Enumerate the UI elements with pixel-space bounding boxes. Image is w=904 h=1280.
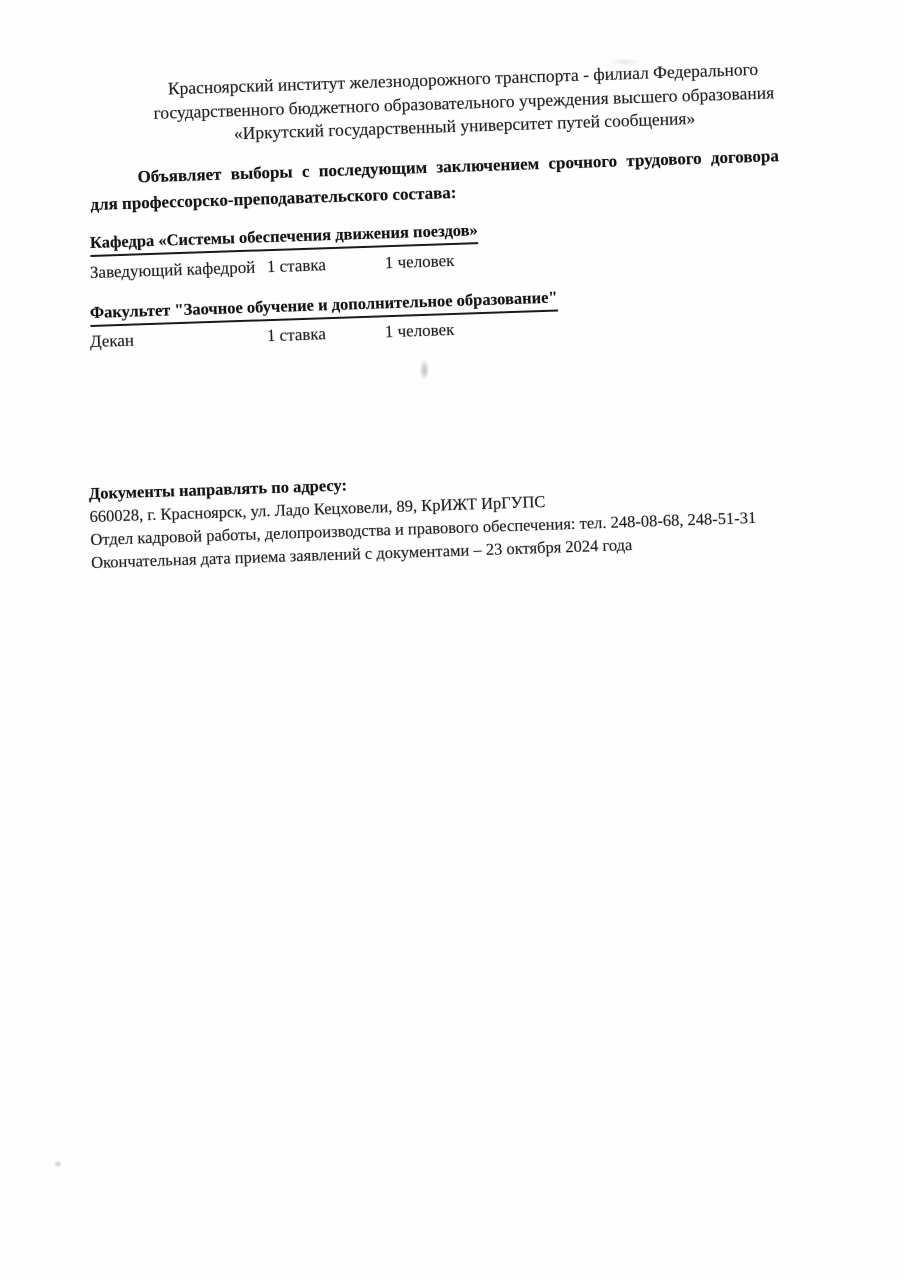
scan-speck-artifact <box>54 1160 62 1168</box>
vacancy-rate: 1 ставка <box>267 320 386 348</box>
vacancy-rate: 1 ставка <box>267 251 386 279</box>
contact-block: Документы направлять по адресу: 660028, … <box>88 457 839 574</box>
vacancy-position: Декан <box>90 324 268 354</box>
organization-header: Красноярский институт железнодорожного т… <box>89 55 839 150</box>
vacancy-people-count: 1 человек <box>384 248 454 274</box>
vacancy-people-count: 1 человек <box>384 317 454 343</box>
document-content: Красноярский институт железнодорожного т… <box>90 80 838 574</box>
vacancy-position: Заведующий кафедрой <box>90 255 268 285</box>
scanned-document-page: Красноярский институт железнодорожного т… <box>0 0 904 1280</box>
announcement-paragraph: Объявляет выборы с последующим заключени… <box>89 141 838 218</box>
